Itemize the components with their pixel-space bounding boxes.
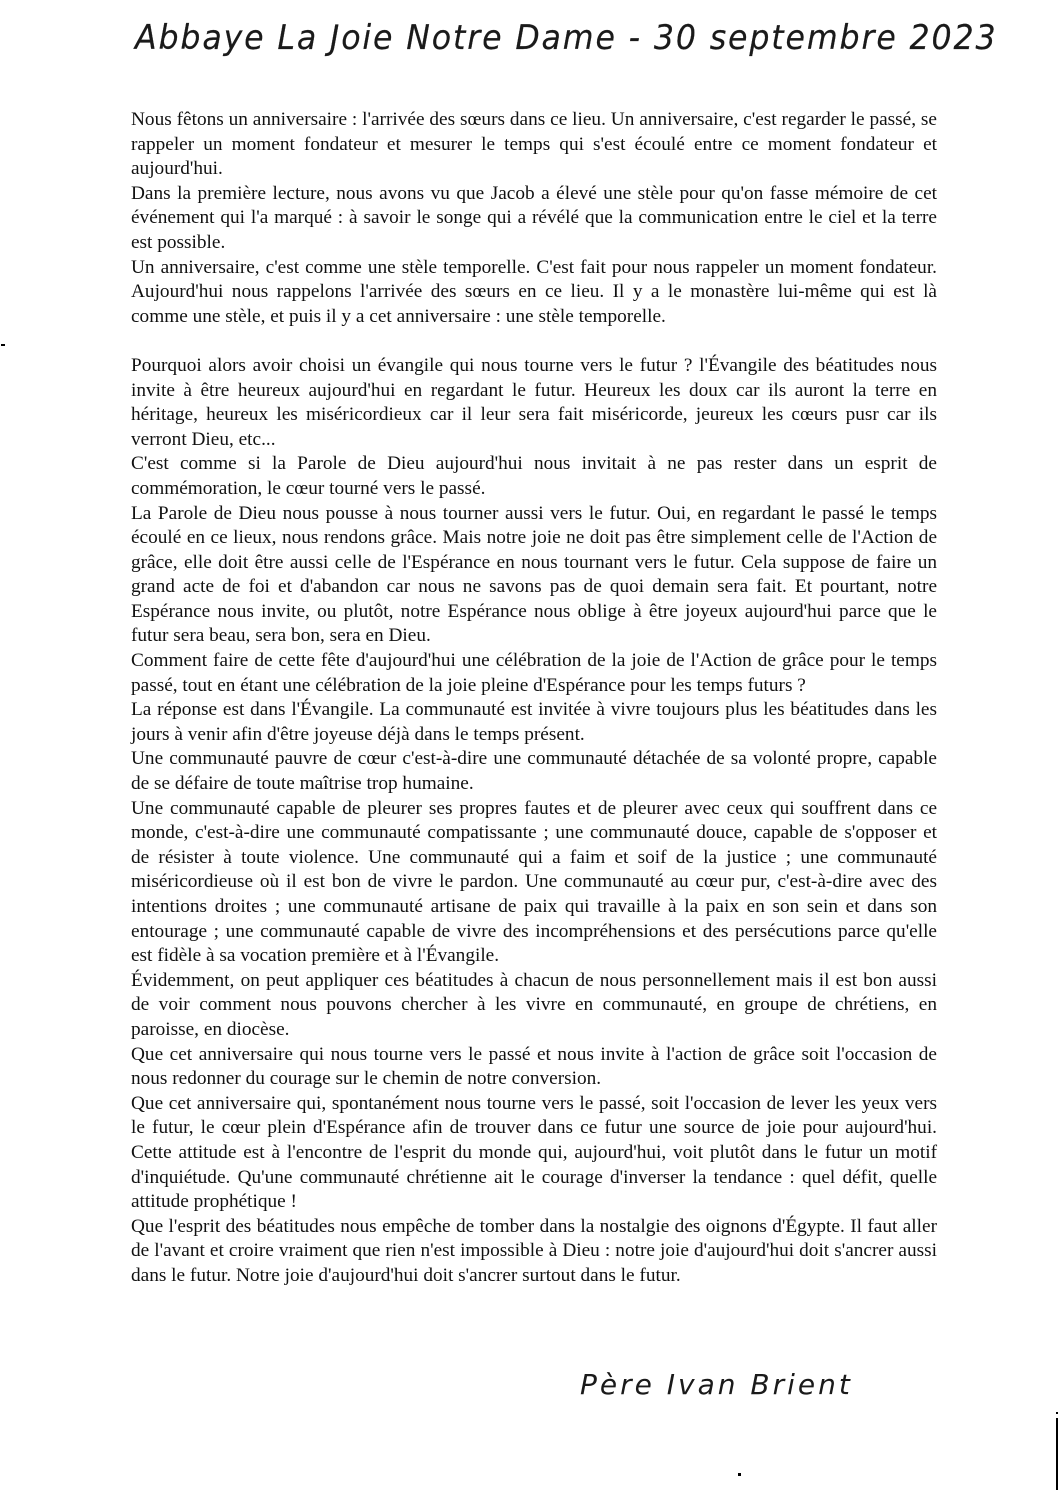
scan-artifact — [1, 344, 5, 346]
paragraph: La réponse est dans l'Évangile. La commu… — [131, 698, 937, 747]
handwritten-header: Abbaye La Joie Notre Dame - 30 septembre… — [135, 18, 963, 58]
paragraph: La Parole de Dieu nous pousse à nous tou… — [131, 502, 937, 650]
paragraph: C'est comme si la Parole de Dieu aujourd… — [131, 452, 937, 501]
paragraph: Que cet anniversaire qui nous tourne ver… — [131, 1043, 937, 1092]
paragraph: Évidemment, on peut appliquer ces béatit… — [131, 969, 937, 1043]
scan-artifact — [738, 1473, 741, 1476]
paragraph: Une communauté capable de pleurer ses pr… — [131, 797, 937, 969]
paragraph: Comment faire de cette fête d'aujourd'hu… — [131, 649, 937, 698]
handwritten-signature: Père Ivan Brient — [580, 1368, 853, 1401]
paragraph: Dans la première lecture, nous avons vu … — [131, 182, 937, 256]
paragraph: Nous fêtons un anniversaire : l'arrivée … — [131, 108, 937, 182]
scanned-page: Abbaye La Joie Notre Dame - 30 septembre… — [0, 0, 1060, 1496]
paragraph: Un anniversaire, c'est comme une stèle t… — [131, 256, 937, 330]
scan-edge-artifact — [1056, 1418, 1058, 1490]
paragraph: Que l'esprit des béatitudes nous empêche… — [131, 1215, 937, 1289]
paragraph: Une communauté pauvre de cœur c'est-à-di… — [131, 747, 937, 796]
paragraph: Pourquoi alors avoir choisi un évangile … — [131, 354, 937, 452]
paragraph: Que cet anniversaire qui, spontanément n… — [131, 1092, 937, 1215]
homily-text: Nous fêtons un anniversaire : l'arrivée … — [131, 108, 937, 1289]
